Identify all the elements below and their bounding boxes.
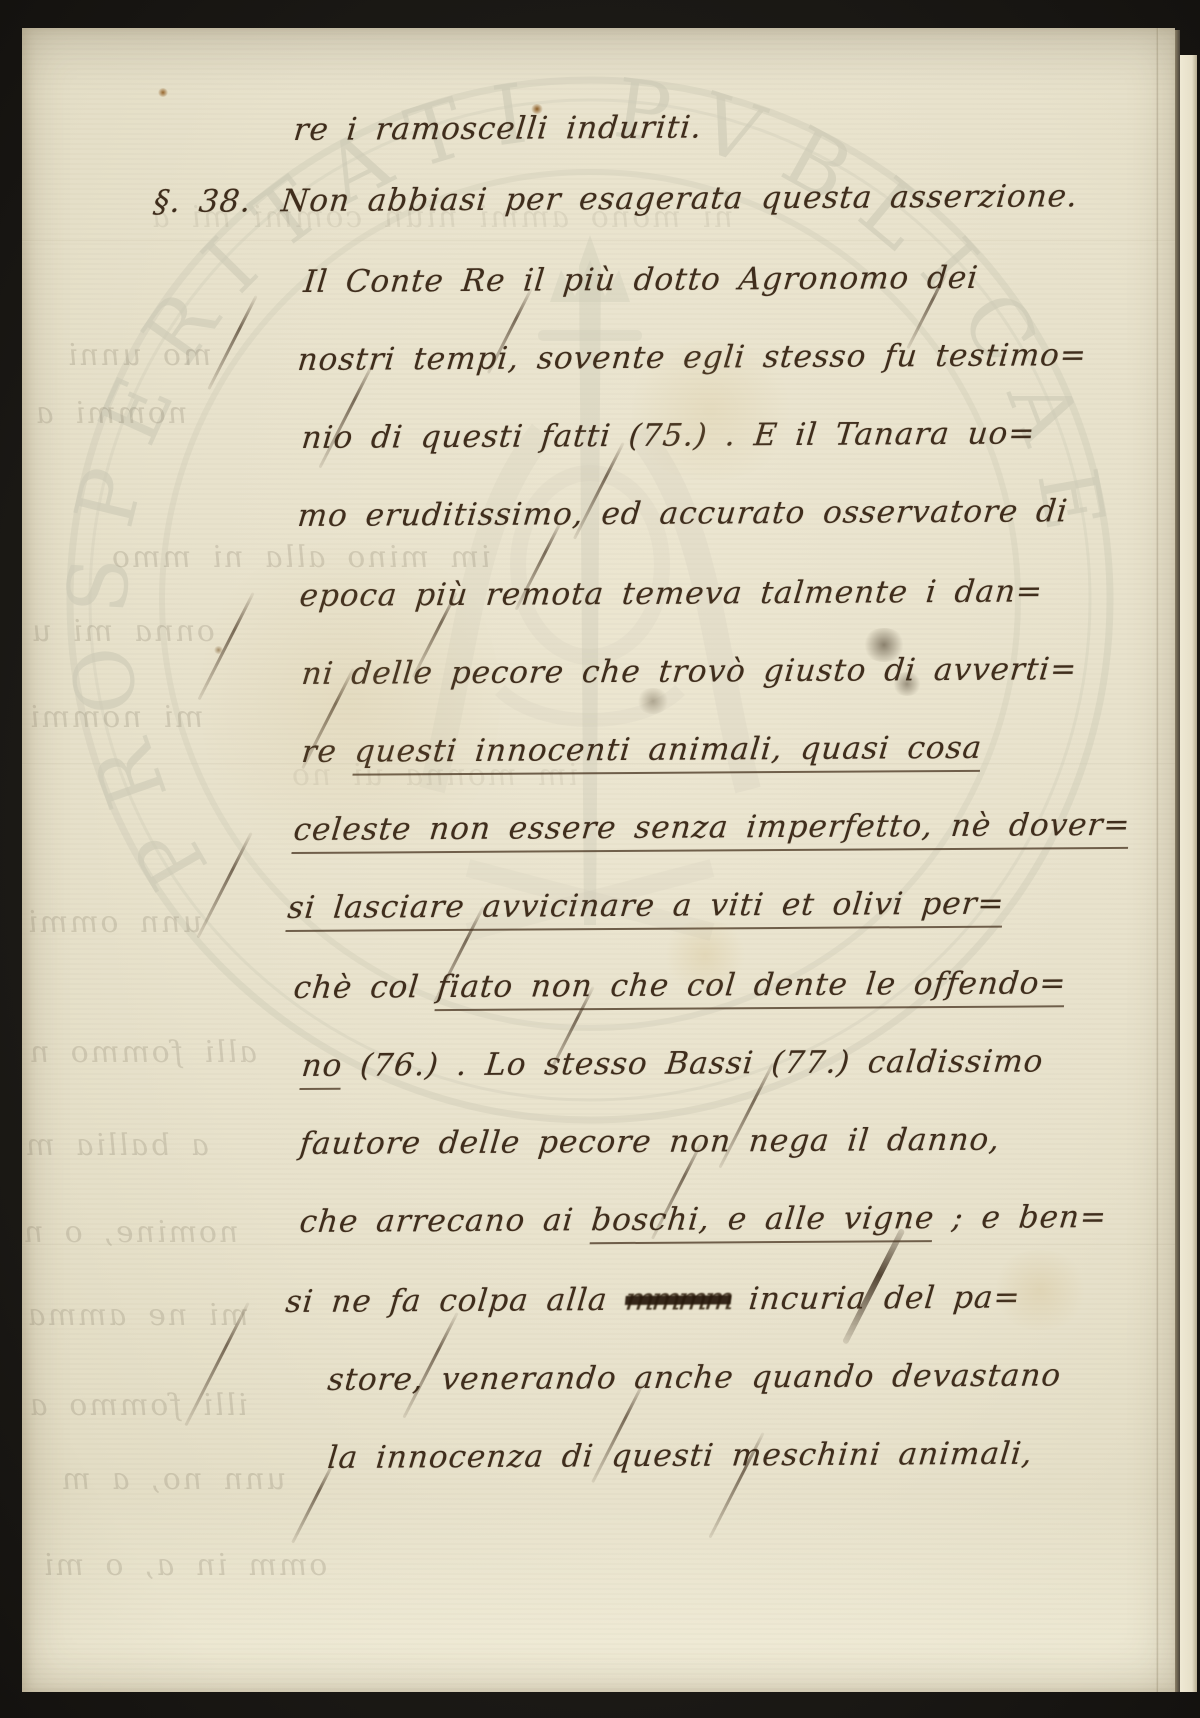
manuscript-line: §. 38.Non abbiasi per esagerata questa a… (152, 178, 1080, 220)
manuscript-line: che arrecano ai boschi, e alle vigne ; e… (298, 1199, 1109, 1240)
vertical-crease (1156, 28, 1159, 1692)
line-text: Non abbiasi per esagerata questa asserzi… (280, 178, 1080, 219)
line-text: store, venerando anche quando devastano (326, 1358, 1063, 1398)
bleedthrough-text: a ballia m (22, 1128, 211, 1163)
line-text: (76.) . Lo stesso Bassi (77.) caldissimo (341, 1043, 1046, 1083)
manuscript-line: si lasciare avvicinare a viti et olivi p… (286, 886, 1006, 926)
yellowing-stain (200, 520, 500, 880)
underlined-text: no (299, 1048, 344, 1090)
bleedthrough-text: nommi a (32, 396, 189, 431)
bleedthrough-text: omm in a, o mi (40, 1548, 329, 1583)
underlined-text: boschi, e alle vigne (589, 1200, 936, 1244)
bleedthrough-text: alli fommo n (26, 1035, 259, 1070)
bleedthrough-text: illi fommo a (26, 1388, 249, 1423)
foxing-spot (158, 88, 168, 97)
manuscript-line: mo eruditissimo, ed accurato osservatore… (296, 493, 1070, 534)
manuscript-line: Il Conte Re il più dotto Agronomo dei (302, 260, 980, 300)
line-text: fautore delle pecore non nega il danno, (298, 1122, 1002, 1162)
bleedthrough-text: mo unni (64, 338, 213, 373)
yellowing-stain (620, 340, 800, 480)
bleedthrough-text: mi ne amma (24, 1298, 251, 1333)
foxing-spot (531, 104, 543, 114)
manuscript-line: store, venerando anche quando devastano (326, 1358, 1063, 1398)
manuscript-line: no (76.) . Lo stesso Bassi (77.) caldiss… (300, 1043, 1045, 1084)
smudge (636, 688, 670, 714)
horizontal-crease (22, 240, 1175, 242)
line-text: la innocenza di questi meschini animali, (326, 1436, 1035, 1476)
line-text: Il Conte Re il più dotto Agronomo dei (302, 260, 980, 300)
underlined-text: fiato non che col dente le offendo= (435, 965, 1069, 1011)
line-text: si ne fa colpa alla (284, 1282, 627, 1320)
crossed-out-word: mmmm (624, 1281, 733, 1318)
section-marker: §. 38. (152, 183, 253, 220)
underlined-text: si lasciare avvicinare a viti et olivi p… (285, 886, 1006, 932)
line-text: mo eruditissimo, ed accurato osservatore… (296, 493, 1070, 534)
manuscript-line: la innocenza di questi meschini animali, (326, 1436, 1035, 1476)
line-text: ; e ben= (933, 1199, 1109, 1236)
scanned-manuscript-photo: PROSPERITATI PVBLICAE ni mono ammi niun … (0, 0, 1200, 1718)
yellowing-stain (990, 1250, 1090, 1330)
manuscript-line: fautore delle pecore non nega il danno, (298, 1122, 1002, 1162)
ink-smudge (892, 672, 922, 696)
line-text: re i ramoscelli induriti. (292, 110, 704, 148)
line-text: che arrecano ai (298, 1202, 593, 1240)
line-text: incuria del pa= (729, 1280, 1022, 1318)
manuscript-line: si ne fa colpa alla mmmm incuria del pa= (284, 1280, 1022, 1320)
bleedthrough-text: onna mi u (28, 614, 217, 649)
bleedthrough-text: nomine, o n (20, 1215, 240, 1250)
line-text: chè col (292, 969, 439, 1006)
manuscript-line: re i ramoscelli induriti. (292, 110, 704, 148)
bleedthrough-text: unn ommi (24, 905, 204, 940)
foxing-spot (214, 646, 223, 654)
yellowing-stain (660, 920, 750, 990)
bleedthrough-text: mi nommi (26, 700, 205, 735)
next-page-sliver (1180, 55, 1197, 1692)
bleedthrough-text: unn no, a m (58, 1462, 288, 1497)
ink-smudge (862, 628, 906, 662)
